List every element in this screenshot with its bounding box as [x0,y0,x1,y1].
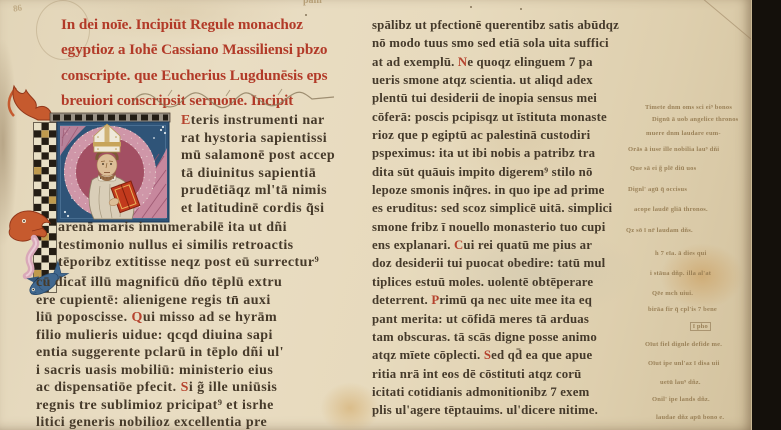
ink-speck [470,6,472,8]
manuscript-photo: 86 p̃am In dei noīe. Incipiūt Regule mon… [0,0,781,430]
margin-gloss: Qz sō ī nr̄ laudam dñs. [626,227,693,234]
rubricated-initial: N [458,55,467,69]
text-line: Eteris instrumenti nar [181,112,335,130]
rubricated-initial: S [181,380,189,395]
margin-gloss: acope laudē gliā thronos. [634,206,708,213]
text-line: tā diuinitus sapientiā [181,165,335,183]
text-line: lepoze smonis inq̃res. in quo ipe ad pri… [372,181,619,199]
leaf-flourish-ornament [9,86,52,120]
text-line: liū poposcisse. Qui misso ad se hyrām [36,309,284,327]
text-line: cōferā: poscis pcipisqz ut īstituta mona… [372,108,619,126]
text-line: at ad exemplū. Ne quoqz elinguem 7 pa [372,53,619,71]
text-line: testimonio nullus ei similis retroactis [58,237,319,255]
margin-gloss: Timete dnm oms sci ei⁹ bonos [645,104,732,111]
text-line: dita sūt quāuis impito digerem⁹ stilo nō [372,163,619,181]
margin-gloss: muere dnm laudare eum- [646,130,721,137]
parchment-stain [320,382,380,430]
margin-gloss: Onil' ipe lands dñz. [652,396,710,403]
text-line: es eruditus: sed scoz simplicē uitā. sim… [372,199,619,217]
text-line: doz desiderii tui puocat obedire: tatū m… [372,254,619,272]
rubricated-initial: Q [132,310,143,325]
margin-gloss: Qēe mch uiui. [652,290,693,297]
grey-bar [50,113,170,122]
margin-gloss: Oīut ipe unl'az ī disa uii [648,360,719,367]
margin-gloss: Oīut fiel dignle defide me. [645,341,722,348]
rubricated-initial: P [431,293,439,307]
corner-crease [684,0,752,50]
text-line: deterrent. Primū qa nec uite mee ita eq [372,291,619,309]
text-line: plentū tui desiderii de inopia sensus me… [372,89,619,107]
text-line: icitati cotidianis admonitionibz 7 exem [372,383,619,401]
rubricated-initial: S [484,348,491,362]
margin-gloss: Que sā ei g̃ plē diū uos [630,165,696,172]
text-line: smone fribz ī nouello monasterio tuo cup… [372,218,619,236]
margin-gloss: Dignū ā uob angelice thronos [652,116,738,123]
margin-gloss: ī pho [690,322,711,331]
checker-border [34,123,57,293]
text-line: mū salamonē post accep [181,147,335,165]
text-line: filio mulieris uidue: qcqd diuina sapi [36,327,284,345]
text-line: spālibz ut pfectionē querentibz satis ab… [372,16,619,34]
text-line: arenā maris innumerabilē ita ut dñi [58,219,319,237]
margin-gloss: Dignl' agū q̄ occisus [628,186,687,193]
margin-gloss: uetū lau⁹ dñz. [660,379,701,386]
text-line: pspeximus: ita ut ibi nobis a patribz tr… [372,144,619,162]
cropped-header-mark: p̃am [303,0,322,6]
text-line: tēporibz extitisse neqz post eū surrectu… [58,254,319,272]
text-line: tam obscuras. tā scās digne posse animo [372,328,619,346]
margin-gloss: h 7 eīa. ā dies qui [655,250,706,257]
parchment-page: 86 p̃am In dei noīe. Incipiūt Regule mon… [0,0,752,430]
text-line: rioz que p egiptū ac palestinā custodiri [372,126,619,144]
margin-gloss: laudae dñz apū bono e. [656,414,724,421]
left-column-full: cū dicat̄ illū magnificū dño tēplū extru… [36,274,284,430]
text-line: prudētiāqz ml'tā nimis [181,182,335,200]
text-line: cū dicat̄ illū magnificū dño tēplū extru [36,274,284,292]
text-line: entia suggerente pclarū in tēplo dñi ul' [36,344,284,362]
text-line: In dei noīe. Incipiūt Regule monachoz [61,12,327,37]
margin-gloss: Orās ā iuse ille nobilia lau⁹ dñi [628,146,719,153]
text-line: regnis tre sublimioz pricipat⁹ et isrhe [36,397,284,415]
text-line: litici generis nobilioz excellentia pre [36,414,284,430]
text-line: egyptioz a Iohē Cassiano Massiliensi pbz… [61,37,327,62]
text-line: nō modo tuus smo sed etiā sola uita suff… [372,34,619,52]
text-line: tiplices estuū moles. uolentē obtēperare [372,273,619,291]
text-line: ac dispensatiōe pfecit. Si g̃ ille uniūs… [36,379,284,397]
text-line: ueris smone atqz scientia. ut aliqd adex [372,71,619,89]
right-column: spālibz ut pfectionē querentibz satis ab… [372,16,619,420]
text-line: pant merita: ut cōfidā meres tā arduas [372,310,619,328]
text-line: plis ul'agere tēptauims. ul'dicere nitim… [372,401,619,419]
ink-speck [520,8,522,10]
rubricated-initial: C [454,238,463,252]
rubricated-initial: E [181,113,191,128]
left-column-beside-initial: Eteris instrumenti narrat hystoria sapie… [181,112,335,217]
left-column-beside-strip: arenā maris innumerabilē ita ut dñitesti… [58,219,319,272]
text-line: ere cupientē: alienigene regis tn̄ auxi [36,292,284,310]
margin-gloss: birāa fir q̄ cpl'is 7 bene [648,306,717,313]
text-line: rat hystoria sapientissi [181,130,335,148]
foliation-mark: 86 [12,2,22,13]
text-line: atqz mīete cōplecti. Sed qd̄ ea que apue [372,346,619,364]
text-line: ritia nrā int eos dē cōstituti atqz corū [372,365,619,383]
text-line: ens explanari. Cui rei quatū me pius ar [372,236,619,254]
margin-gloss: i stāua dñp. illa al'at [650,270,711,277]
text-line: i sacris uasis mobiliū: ministerio eius [36,362,284,380]
text-line: et latitudinē cordis q̃si [181,200,335,218]
